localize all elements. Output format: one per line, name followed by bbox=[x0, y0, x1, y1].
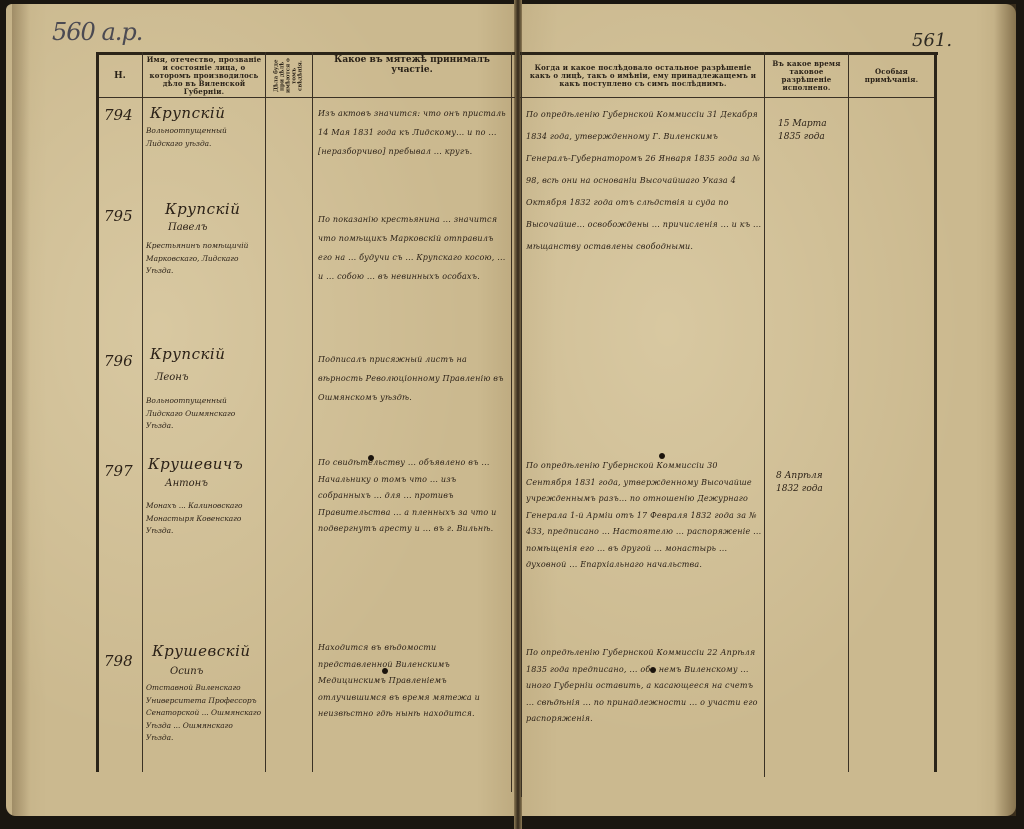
header-name: Имя, отечество, прозваніе и состояніе ли… bbox=[144, 55, 264, 97]
header-no: Н. bbox=[98, 55, 142, 97]
entry-surname: Крупскій bbox=[150, 345, 225, 363]
entry-given-name: Павелъ bbox=[168, 222, 207, 233]
col-divider-decision bbox=[764, 52, 765, 777]
entry-surname: Крушевскій bbox=[152, 642, 251, 660]
entry-executed: 15 Марта 1835 года bbox=[778, 118, 846, 144]
col-divider-case bbox=[312, 52, 313, 772]
ink-blot bbox=[650, 667, 656, 673]
entry-number: 796 bbox=[104, 352, 133, 370]
entry-given-name: Осипъ bbox=[170, 666, 203, 677]
col-divider-no bbox=[142, 52, 143, 772]
entry-decision: По опредѣленію Губернской Коммиссіи 30 С… bbox=[526, 458, 762, 643]
entry-description: Крестьянинъ помѣщичій Марковскаго, Лидск… bbox=[146, 240, 262, 278]
entry-number: 795 bbox=[104, 207, 133, 225]
entry-surname: Крупскій bbox=[165, 200, 240, 218]
col-divider-executed bbox=[848, 52, 849, 772]
entry-executed: 8 Апрѣля 1832 года bbox=[776, 470, 844, 496]
entry-number: 797 bbox=[104, 462, 133, 480]
col-divider-name bbox=[265, 52, 266, 772]
entry-number: 794 bbox=[104, 106, 133, 124]
header-notes: Особыя примѣчанія. bbox=[850, 55, 933, 97]
header-decision: Когда и какое послѣдовало остальное разр… bbox=[523, 55, 763, 97]
folio-number-right: 561. bbox=[912, 30, 952, 51]
entry-surname: Крушевичъ bbox=[148, 455, 243, 473]
ink-blot bbox=[659, 453, 665, 459]
header-executed: Въ какое время таковое разрѣшеніе исполн… bbox=[766, 55, 847, 97]
entry-participation: По показанію крестьянина ... значится чт… bbox=[318, 210, 510, 340]
col-divider-participation bbox=[511, 52, 512, 792]
ink-blot bbox=[382, 668, 388, 674]
entry-description: Монахъ ... Калиновскаго Монастыря Ковенс… bbox=[146, 500, 262, 538]
entry-decision: По опредѣленію Губернской Коммиссіи 22 А… bbox=[526, 645, 762, 775]
entry-participation: Находится въ вѣдомости представленной Ви… bbox=[318, 640, 510, 750]
folio-number-left: 560 а.р. bbox=[52, 18, 142, 46]
entry-decision: По опредѣленію Губернской Коммиссіи 31 Д… bbox=[526, 104, 762, 424]
entry-surname: Крупскій bbox=[150, 104, 225, 122]
entry-description: Отставной Виленскаго Университета Профес… bbox=[146, 682, 262, 745]
header-bottom-rule-left bbox=[97, 97, 515, 98]
header-bottom-rule-right bbox=[520, 97, 936, 98]
right-frame-rule bbox=[934, 52, 937, 772]
left-frame-rule bbox=[96, 52, 99, 772]
entry-participation: Подписалъ присяжный листъ на вѣрность Ре… bbox=[318, 350, 510, 435]
entry-description: Вольноотпущенный Лидскаго Ошмянскаго Уѣз… bbox=[146, 395, 262, 433]
entry-participation: Изъ актовъ значится: что онъ присталь 14… bbox=[318, 104, 510, 214]
ink-blot bbox=[368, 455, 374, 461]
entry-description: Вольноотпущенный Лидскаго уѣзда. bbox=[146, 125, 262, 150]
entry-number: 798 bbox=[104, 652, 133, 670]
entry-participation: По свидѣтельству ... объявлено въ ... На… bbox=[318, 455, 510, 620]
header-case: Дѣла буде при дѣлѣ имѣются о томъ свѣдѣн… bbox=[266, 56, 311, 96]
header-participation: Какое въ мятежѣ принималъ участіе. bbox=[314, 55, 510, 75]
entry-given-name: Антонъ bbox=[165, 478, 208, 489]
right-frame-inner-rule bbox=[521, 52, 522, 797]
entry-given-name: Леонъ bbox=[155, 372, 189, 383]
ledger-spread: 560 а.р. 561. Н. Имя, отечество, прозван… bbox=[0, 0, 1024, 829]
